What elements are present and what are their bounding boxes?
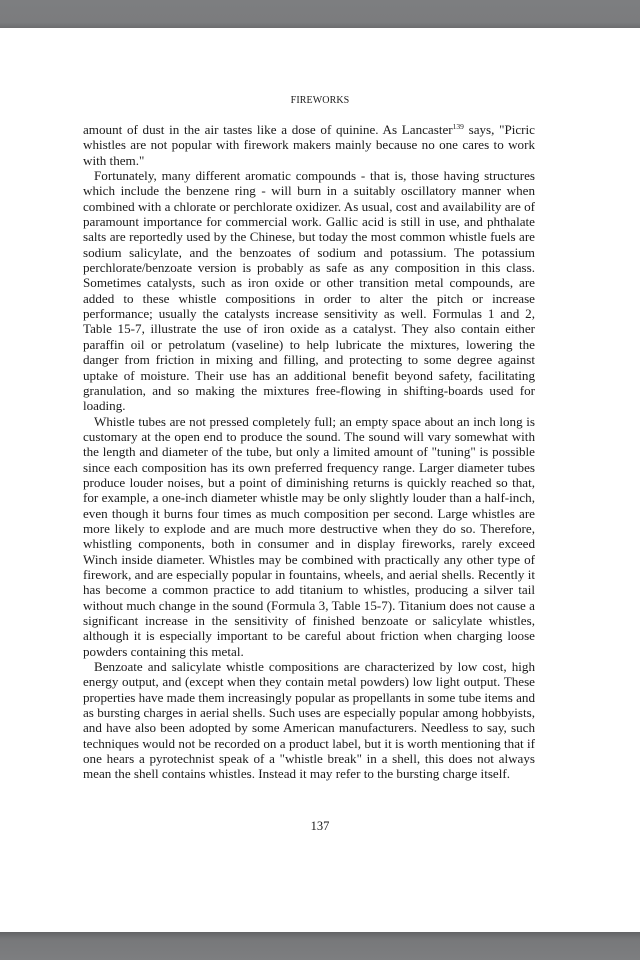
running-head: FIREWORKS: [0, 95, 640, 106]
paragraph-aromatic-compounds: Fortunately, many different aromatic com…: [83, 168, 535, 414]
book-page[interactable]: FIREWORKS amount of dust in the air tast…: [0, 28, 640, 932]
footnote-reference[interactable]: 139: [453, 122, 464, 131]
viewer-bottom-bar: [0, 932, 640, 960]
paragraph-benzoate-salicylate: Benzoate and salicylate whistle composit…: [83, 659, 535, 782]
paragraph-continuation: amount of dust in the air tastes like a …: [83, 122, 535, 168]
viewer-top-bar: [0, 0, 640, 28]
paragraph-text: amount of dust in the air tastes like a …: [83, 122, 453, 137]
paragraph-whistle-tubes: Whistle tubes are not pressed completely…: [83, 414, 535, 660]
page-number: 137: [0, 819, 640, 834]
document-viewer: FIREWORKS amount of dust in the air tast…: [0, 0, 640, 960]
page-body: amount of dust in the air tastes like a …: [83, 122, 535, 782]
